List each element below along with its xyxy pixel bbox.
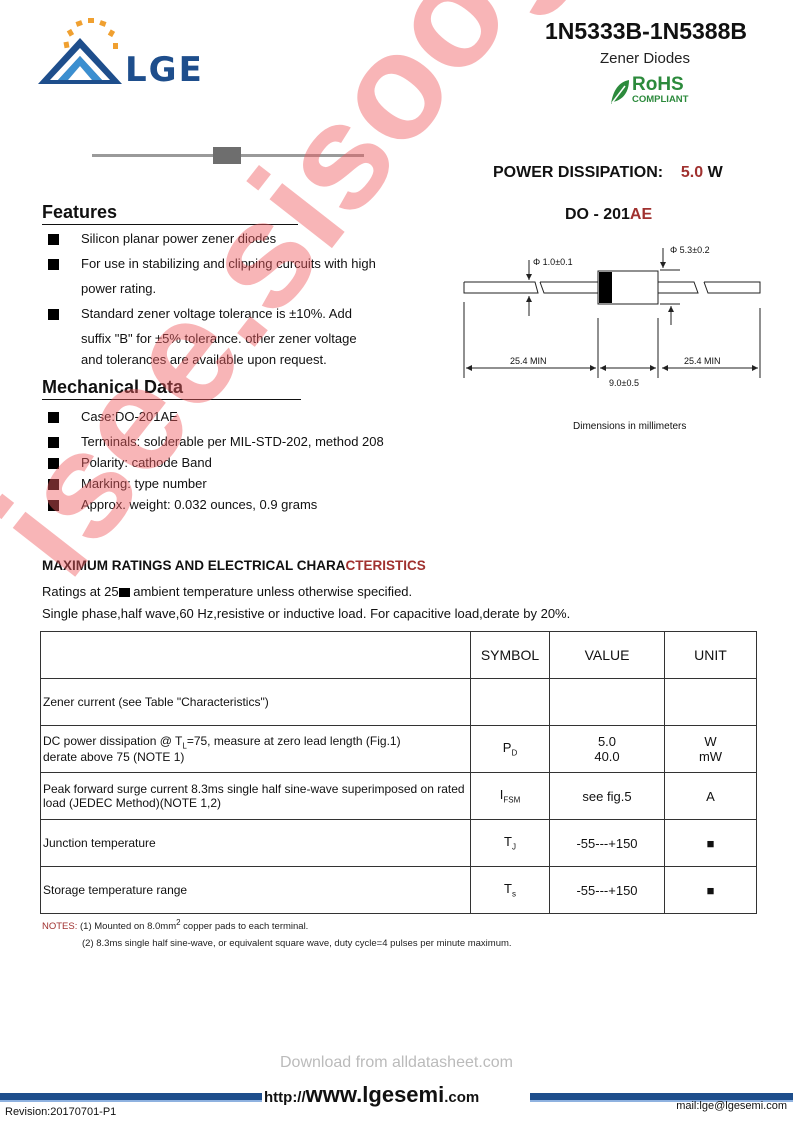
value-2: 40.0 (594, 749, 619, 764)
feature-item-cont: power rating. (48, 276, 408, 301)
symbol: T (504, 834, 512, 849)
header-value: VALUE (550, 632, 665, 679)
body-length-label: 9.0±0.5 (609, 378, 639, 388)
url-main: www.lgesemi (306, 1082, 445, 1107)
url-suffix: .com (444, 1089, 479, 1106)
mech-item: Marking: type number (48, 473, 408, 494)
param-text-2: load (JEDEC Method)(NOTE 1,2) (43, 796, 221, 810)
param-text-rest: =75, measure at zero lead length (Fig.1) (187, 734, 401, 748)
symbol-cell: Ts (471, 867, 550, 914)
mechanical-list: Case:DO-201AE Terminals: solderable per … (48, 406, 408, 515)
value-cell: see fig.5 (550, 773, 665, 820)
note-1-text: (1) Mounted on 8.0mm (77, 921, 176, 932)
website-link[interactable]: http://www.lgesemi.com (264, 1082, 479, 1108)
download-notice: Download from alldatasheet.com (0, 1054, 793, 1072)
part-title: 1N5333B-1N5388B (447, 18, 747, 45)
unit-cell: ■ (665, 867, 757, 914)
unit-cell: ■ (665, 820, 757, 867)
brand-name: LGE (125, 50, 204, 90)
param-text: Peak forward surge current 8.3ms single … (43, 782, 465, 796)
lead-diameter-label: Φ 1.0±0.1 (533, 257, 573, 267)
param-cell: DC power dissipation @ TL=75, measure at… (41, 726, 471, 773)
dimension-caption: Dimensions in millimeters (573, 421, 686, 432)
ratings-heading-a: MAXIMUM RATINGS AND ELECTRICAL CHARA (42, 558, 346, 573)
value-cell: -55---+150 (550, 820, 665, 867)
degree-symbol-icon (119, 588, 130, 597)
ratings-cond-b: ambient temperature unless otherwise spe… (130, 584, 413, 599)
package-suffix: AE (630, 206, 652, 223)
symbol: T (504, 881, 512, 896)
symbol-sub: FSM (503, 796, 520, 805)
feature-item: For use in stabilizing and clipping curc… (48, 251, 408, 276)
param-cell: Peak forward surge current 8.3ms single … (41, 773, 471, 820)
note-2: (2) 8.3ms single half sine-wave, or equi… (82, 938, 512, 949)
package-prefix: DO - 201 (565, 206, 630, 223)
package-name: DO - 201AE (565, 206, 652, 224)
ratings-heading: MAXIMUM RATINGS AND ELECTRICAL CHARACTER… (42, 558, 426, 573)
features-list: Silicon planar power zener diodes For us… (48, 226, 408, 372)
symbol-sub: D (511, 749, 517, 758)
value: 5.0 (598, 734, 616, 749)
ratings-heading-b: CTERISTICS (346, 558, 426, 573)
table-row: DC power dissipation @ TL=75, measure at… (41, 726, 757, 773)
notes-label: NOTES: (42, 921, 77, 932)
mail-link[interactable]: mail:lge@lgesemi.com (676, 1100, 787, 1112)
ratings-cond-a: Ratings at 25 (42, 584, 119, 599)
unit-cell: WmW (665, 726, 757, 773)
lead-length-left-label: 25.4 MIN (510, 356, 547, 366)
table-row: Zener current (see Table "Characteristic… (41, 679, 757, 726)
unit-cell: A (665, 773, 757, 820)
note-1-rest: copper pads to each terminal. (181, 921, 309, 932)
param-cell: Storage temperature range (41, 867, 471, 914)
mechanical-heading: Mechanical Data (42, 377, 301, 400)
ratings-condition-2: Single phase,half wave,60 Hz,resistive o… (42, 606, 570, 621)
power-unit: W (708, 164, 723, 181)
subtitle: Zener Diodes (560, 50, 730, 67)
url-prefix: http:// (264, 1089, 306, 1106)
header-param (41, 632, 471, 679)
param-cell: Zener current (see Table "Characteristic… (41, 679, 471, 726)
power-value: 5.0 (681, 164, 703, 181)
table-row: Peak forward surge current 8.3ms single … (41, 773, 757, 820)
header-unit: UNIT (665, 632, 757, 679)
ratings-table: SYMBOL VALUE UNIT Zener current (see Tab… (40, 631, 757, 914)
table-row: Junction temperature TJ -55---+150 ■ (41, 820, 757, 867)
table-header-row: SYMBOL VALUE UNIT (41, 632, 757, 679)
symbol-cell: PD (471, 726, 550, 773)
leaf-icon (609, 78, 631, 106)
footer-bar-left (0, 1093, 262, 1102)
param-text-2: derate above 75 (NOTE 1) (43, 750, 184, 764)
header-symbol: SYMBOL (471, 632, 550, 679)
value-cell: -55---+150 (550, 867, 665, 914)
note-1: NOTES: (1) Mounted on 8.0mm2 copper pads… (42, 918, 308, 932)
rohs-badge: RoHS (632, 74, 684, 96)
power-dissipation: POWER DISSIPATION: 5.0 W (493, 164, 723, 182)
param-text: DC power dissipation @ T (43, 734, 182, 748)
symbol-sub: s (512, 890, 516, 899)
revision: Revision:20170701-P1 (5, 1106, 116, 1118)
mech-item: Case:DO-201AE (48, 406, 408, 427)
param-cell: Junction temperature (41, 820, 471, 867)
symbol-cell: IFSM (471, 773, 550, 820)
power-label: POWER DISSIPATION: (493, 164, 663, 181)
value-cell (550, 679, 665, 726)
ratings-condition-1: Ratings at 25 ambient temperature unless… (42, 584, 412, 599)
rohs-compliant: COMPLIANT (632, 94, 688, 105)
feature-item: Silicon planar power zener diodes (48, 226, 408, 251)
features-heading: Features (42, 202, 298, 225)
mech-item: Polarity: cathode Band (48, 452, 408, 473)
diode-photo (92, 144, 364, 168)
symbol-cell: TJ (471, 820, 550, 867)
symbol-cell (471, 679, 550, 726)
package-dimension-diagram (455, 240, 775, 390)
mech-item: Approx. weight: 0.032 ounces, 0.9 grams (48, 494, 408, 515)
table-row: Storage temperature range Ts -55---+150 … (41, 867, 757, 914)
body-diameter-label: Φ 5.3±0.2 (670, 245, 710, 255)
symbol-sub: J (512, 843, 516, 852)
unit-cell (665, 679, 757, 726)
unit-2: mW (699, 749, 722, 764)
value-cell: 5.040.0 (550, 726, 665, 773)
mech-item: Terminals: solderable per MIL-STD-202, m… (48, 431, 408, 452)
feature-item: Standard zener voltage tolerance is ±10%… (48, 301, 408, 326)
unit: W (704, 734, 716, 749)
lead-length-right-label: 25.4 MIN (684, 356, 721, 366)
feature-item-cont: and tolerances are available upon reques… (48, 347, 408, 372)
